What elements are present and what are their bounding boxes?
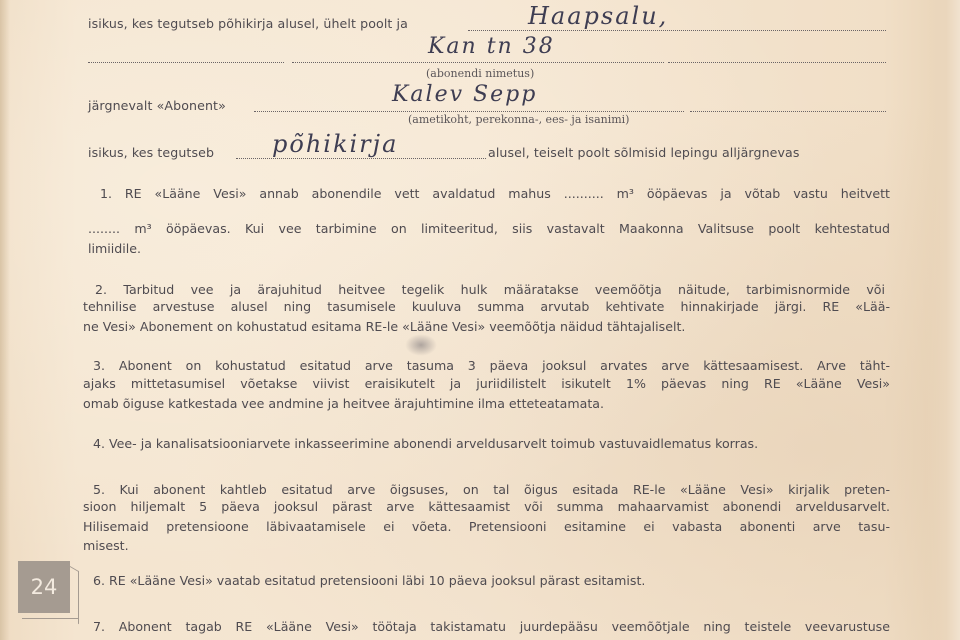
paragraph-2-line-3: ne Vesi» Abonement on kohustatud esitama… [83, 317, 890, 337]
paragraph-6: 6. RE «Lääne Vesi» vaatab esitatud prete… [93, 571, 883, 591]
header-row4-suffix: alusel, teiselt poolt sõlmisid lepingu a… [488, 145, 800, 160]
paragraph-3-line-2: ajaks mittetasumisel võetakse viivist er… [83, 374, 890, 394]
page-left-edge [0, 0, 10, 640]
handwritten-address: Kan tn 38 [428, 34, 555, 59]
paragraph-2-cont: tehnilise arvestuse alusel ning tasumise… [83, 297, 890, 336]
row3-fill-line-a [254, 111, 684, 112]
paragraph-7: 7. Abonent tagab RE «Lääne Vesi» töötaja… [93, 617, 890, 637]
paragraph-1-cont: ........ m³ ööpäevas. Kui vee tarbimine … [100, 219, 890, 258]
paragraph-1-line-2: ........ m³ ööpäevas. Kui vee tarbimine … [88, 219, 890, 239]
paragraph-3-line-1: 3. Abonent on kohustatud esitatud arve t… [93, 356, 890, 376]
badge-fold-decoration-bottom [22, 613, 78, 619]
paragraph-5-cont: sioon hiljemalt 5 päeva jooksul pärast a… [83, 497, 890, 556]
paragraph-4-line-1: 4. Vee- ja kanalisatsiooniarvete inkasse… [93, 434, 883, 454]
paragraph-5-line-4: misest. [83, 536, 890, 556]
page-number-badge: 24 [18, 561, 70, 613]
ink-smudge [405, 334, 437, 356]
caption-abonendi-nimetus: (abonendi nimetus) [426, 67, 534, 80]
page-right-edge [926, 0, 960, 640]
row3-fill-line-b [690, 111, 886, 112]
paragraph-4: 4. Vee- ja kanalisatsiooniarvete inkasse… [93, 434, 883, 454]
handwritten-basis: põhikirja [272, 130, 398, 158]
row1-fill-line [468, 30, 886, 31]
paragraph-1-line-3: limiidile. [88, 239, 890, 259]
paragraph-7-line-1: 7. Abonent tagab RE «Lääne Vesi» töötaja… [93, 617, 890, 637]
caption-name-fields: (ametikoht, perekonna-, ees- ja isanimi) [408, 113, 629, 126]
handwritten-city: Haapsalu, [528, 2, 668, 30]
header-row3-prefix: järgnevalt «Abonent» [88, 98, 226, 113]
paragraph-5-line-3: Hilisemaid pretensioone läbivaatamisele … [83, 517, 890, 537]
row2-fill-line-c [668, 62, 886, 63]
paragraph-1: 1. RE «Lääne Vesi» annab abonendile vett… [100, 184, 890, 204]
paragraph-2-line-2: tehnilise arvestuse alusel ning tasumise… [83, 297, 890, 317]
scanned-contract-page: isikus, kes tegutseb põhikirja alusel, ü… [0, 0, 960, 640]
paragraph-3: 3. Abonent on kohustatud esitatud arve t… [93, 356, 890, 376]
handwritten-name: Kalev Sepp [392, 82, 537, 107]
header-row1-prefix: isikus, kes tegutseb põhikirja alusel, ü… [88, 16, 408, 31]
paragraph-6-line-1: 6. RE «Lääne Vesi» vaatab esitatud prete… [93, 571, 883, 591]
row2-fill-line-b [292, 62, 664, 63]
row4-fill-line [236, 158, 486, 159]
paragraph-5-line-2: sioon hiljemalt 5 päeva jooksul pärast a… [83, 497, 890, 517]
header-row4-prefix: isikus, kes tegutseb [88, 145, 214, 160]
paragraph-3-line-3: omab õiguse katkestada vee andmine ja he… [83, 394, 890, 414]
paragraph-3-cont: ajaks mittetasumisel võetakse viivist er… [83, 374, 890, 413]
paragraph-1-line-1: 1. RE «Lääne Vesi» annab abonendile vett… [100, 184, 890, 204]
row2-fill-line-a [88, 62, 284, 63]
